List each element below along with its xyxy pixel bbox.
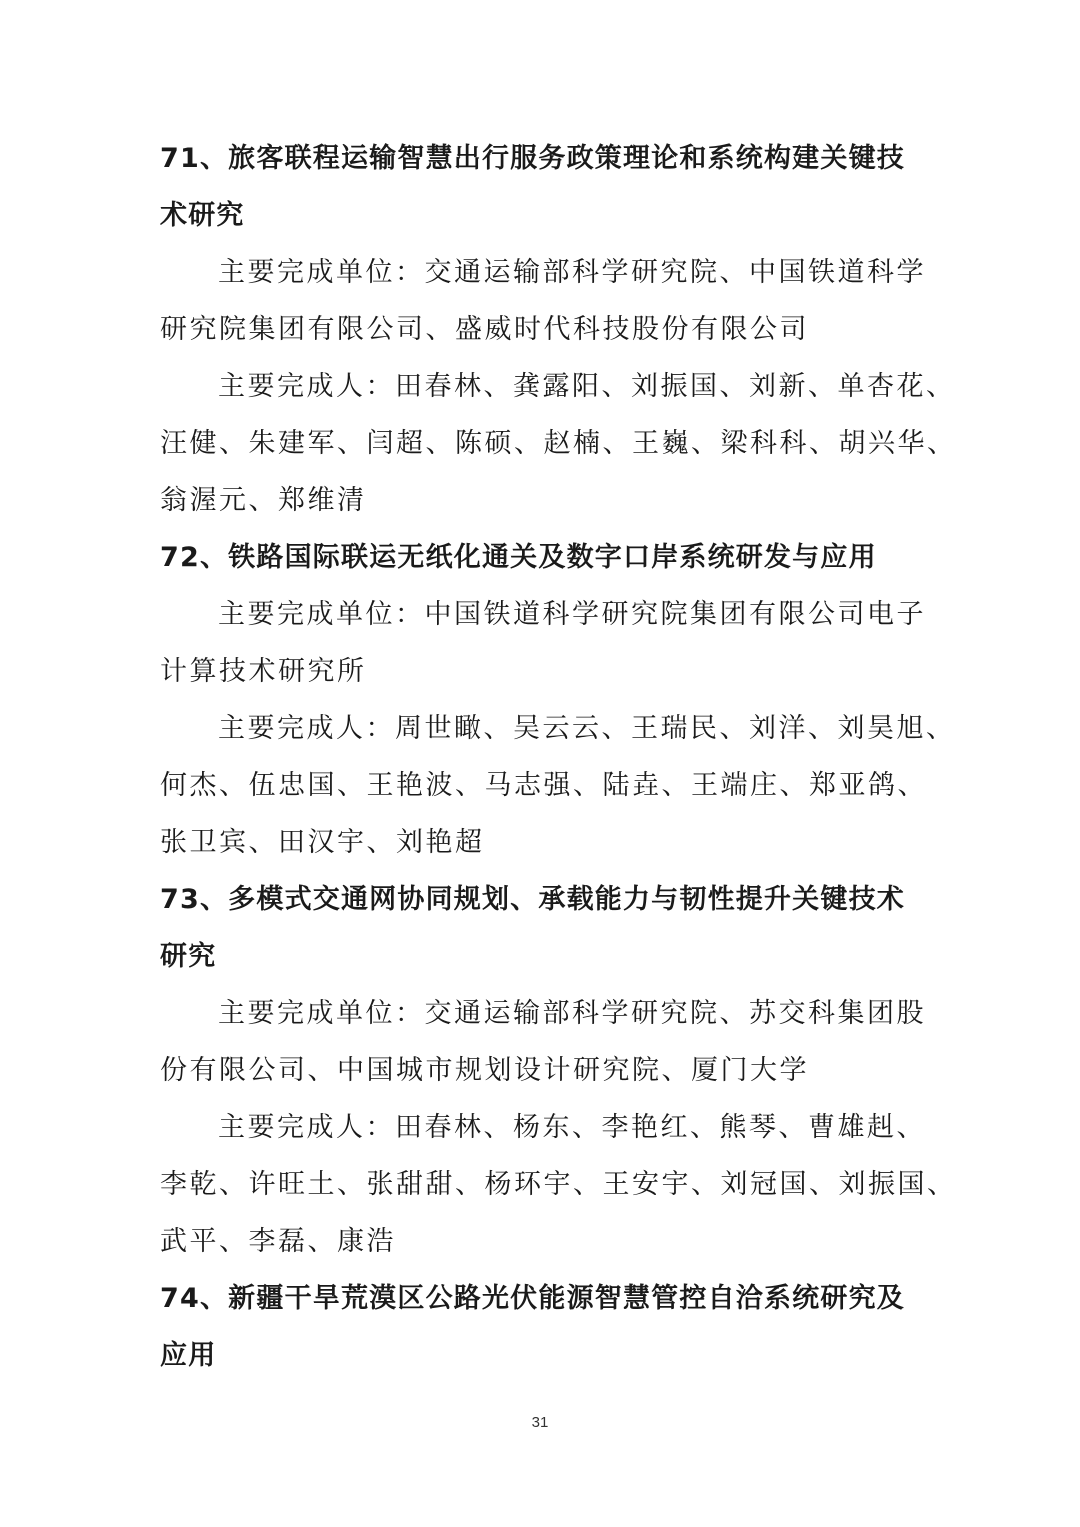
item-title: 74、新疆干旱荒漠区公路光伏能源智慧管控自洽系统研究及 bbox=[160, 1270, 920, 1327]
item-73: 73、多模式交通网协同规划、承载能力与韧性提升关键技术 研究 主要完成单位：交通… bbox=[160, 871, 920, 1270]
completion-people: 张卫宾、田汉宇、刘艳超 bbox=[160, 814, 920, 871]
completion-people: 主要完成人：田春林、杨东、李艳红、熊琴、曹雄赳、 bbox=[160, 1099, 920, 1156]
completion-people: 翁渥元、郑维清 bbox=[160, 472, 920, 529]
completion-units: 计算技术研究所 bbox=[160, 643, 920, 700]
item-71: 71、旅客联程运输智慧出行服务政策理论和系统构建关键技 术研究 主要完成单位：交… bbox=[160, 130, 920, 529]
completion-people: 汪健、朱建军、闫超、陈硕、赵楠、王巍、梁科科、胡兴华、 bbox=[160, 415, 920, 472]
completion-people: 李乾、许旺土、张甜甜、杨环宇、王安宇、刘冠国、刘振国、 bbox=[160, 1156, 920, 1213]
completion-units: 主要完成单位：中国铁道科学研究院集团有限公司电子 bbox=[160, 586, 920, 643]
completion-people: 武平、李磊、康浩 bbox=[160, 1213, 920, 1270]
item-72: 72、铁路国际联运无纸化通关及数字口岸系统研发与应用 主要完成单位：中国铁道科学… bbox=[160, 529, 920, 871]
item-title: 71、旅客联程运输智慧出行服务政策理论和系统构建关键技 bbox=[160, 130, 920, 187]
page-number: 31 bbox=[0, 1414, 1080, 1431]
document-page: 71、旅客联程运输智慧出行服务政策理论和系统构建关键技 术研究 主要完成单位：交… bbox=[160, 130, 920, 1384]
completion-people: 主要完成人：周世瞰、吴云云、王瑞民、刘洋、刘昊旭、 bbox=[160, 700, 920, 757]
item-title: 术研究 bbox=[160, 187, 920, 244]
item-74: 74、新疆干旱荒漠区公路光伏能源智慧管控自洽系统研究及 应用 bbox=[160, 1270, 920, 1384]
item-title: 73、多模式交通网协同规划、承载能力与韧性提升关键技术 bbox=[160, 871, 920, 928]
completion-people: 何杰、伍忠国、王艳波、马志强、陆垚、王端庄、郑亚鸽、 bbox=[160, 757, 920, 814]
item-title: 72、铁路国际联运无纸化通关及数字口岸系统研发与应用 bbox=[160, 529, 920, 586]
completion-people: 主要完成人：田春林、龚露阳、刘振国、刘新、单杏花、 bbox=[160, 358, 920, 415]
completion-units: 研究院集团有限公司、盛威时代科技股份有限公司 bbox=[160, 301, 920, 358]
completion-units: 主要完成单位：交通运输部科学研究院、中国铁道科学 bbox=[160, 244, 920, 301]
completion-units: 份有限公司、中国城市规划设计研究院、厦门大学 bbox=[160, 1042, 920, 1099]
completion-units: 主要完成单位：交通运输部科学研究院、苏交科集团股 bbox=[160, 985, 920, 1042]
item-title: 应用 bbox=[160, 1327, 920, 1384]
item-title: 研究 bbox=[160, 928, 920, 985]
